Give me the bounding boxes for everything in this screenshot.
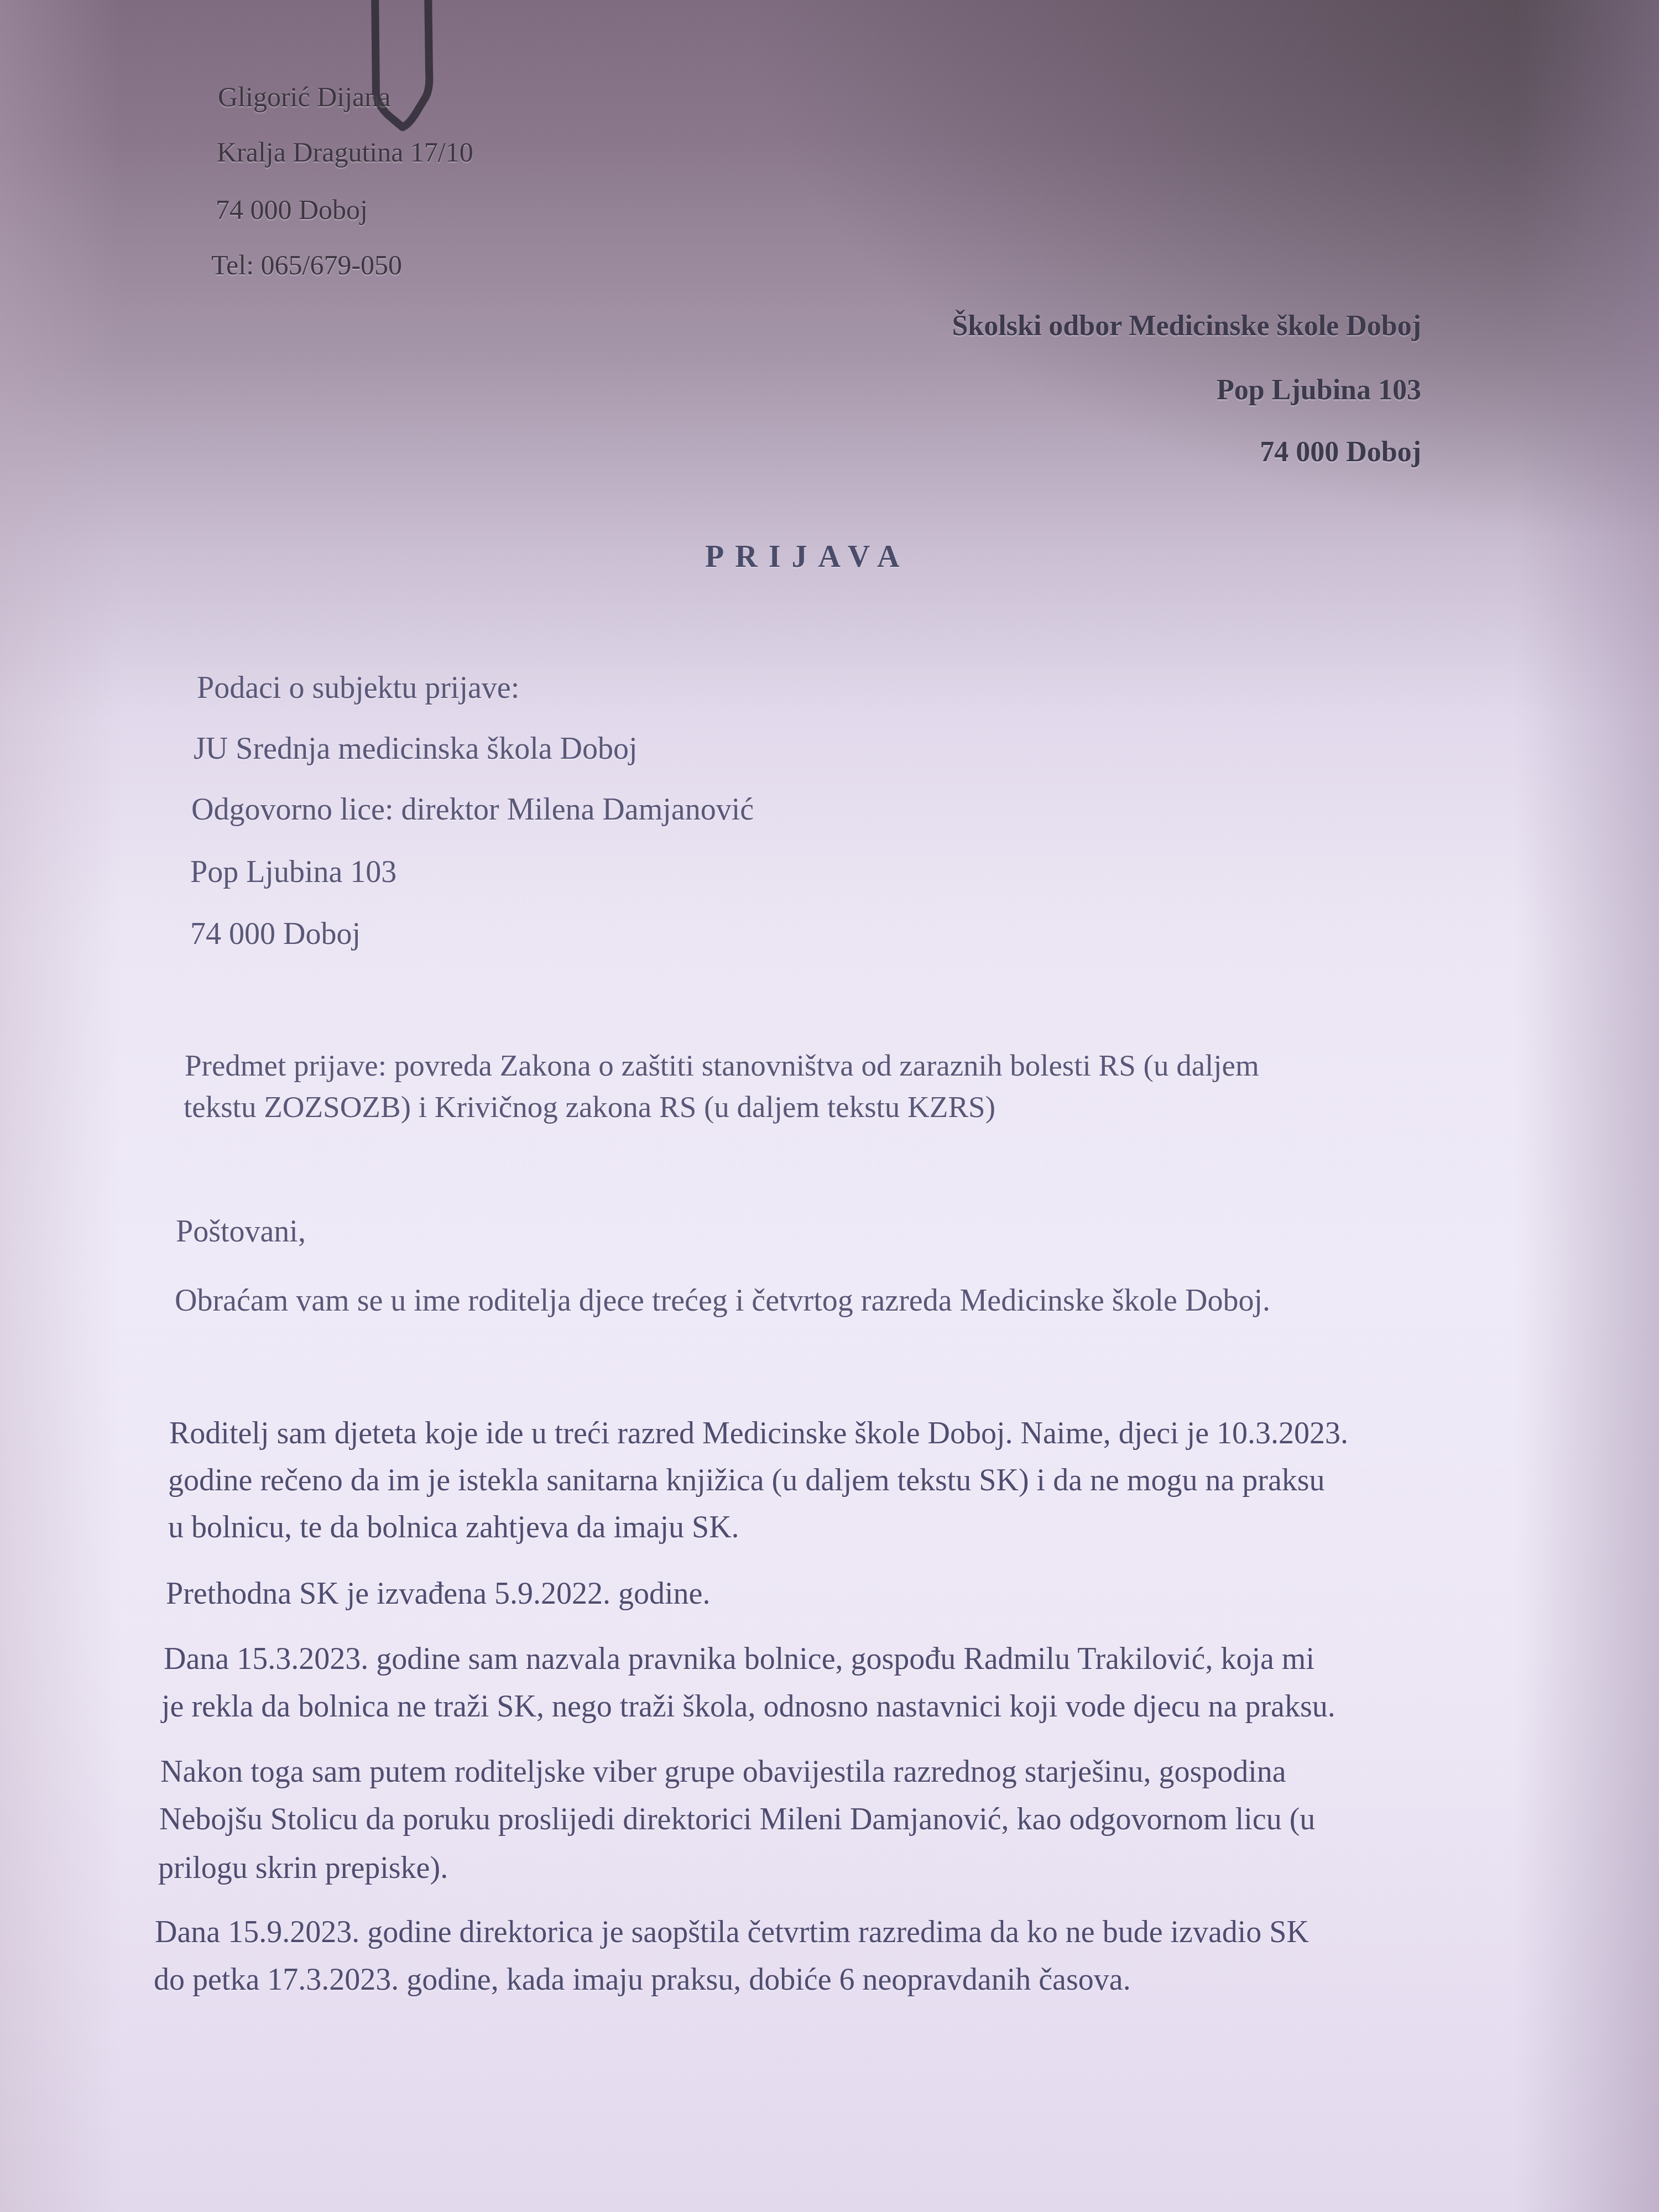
subject-details-label: Podaci o subjektu prijave: (197, 670, 519, 706)
sender-phone: Tel: 065/679-050 (211, 249, 402, 281)
intro-sentence: Obraćam vam se u ime roditelja djece tre… (175, 1283, 1270, 1318)
subject-city: 74 000 Doboj (190, 916, 361, 952)
sender-street: Kralja Dragutina 17/10 (217, 136, 473, 168)
paragraph-line: Prethodna SK je izvađena 5.9.2022. godin… (166, 1576, 710, 1611)
subject-responsible-person: Odgovorno lice: direktor Milena Damjanov… (191, 792, 754, 827)
subject-line-2: tekstu ZOZSOZB) i Krivičnog zakona RS (u… (184, 1089, 995, 1124)
sender-city: 74 000 Doboj (216, 194, 368, 226)
recipient-street: Pop Ljubina 103 (1217, 374, 1421, 406)
greeting: Poštovani, (176, 1214, 306, 1249)
paragraph-line: je rekla da bolnica ne traži SK, nego tr… (161, 1689, 1335, 1724)
recipient-name: Školski odbor Medicinske škole Doboj (952, 310, 1421, 342)
subject-line-1: Predmet prijave: povreda Zakona o zaštit… (185, 1048, 1259, 1083)
sender-name: Gligorić Dijana (218, 81, 390, 113)
paragraph-line: do petka 17.3.2023. godine, kada imaju p… (154, 1962, 1131, 1997)
subject-institution: JU Srednja medicinska škola Doboj (194, 731, 638, 766)
paragraph-line: prilogu skrin prepiske). (158, 1850, 448, 1886)
subject-street: Pop Ljubina 103 (190, 854, 397, 890)
paragraph-line: Dana 15.3.2023. godine sam nazvala pravn… (164, 1641, 1314, 1677)
recipient-city: 74 000 Doboj (1260, 436, 1421, 468)
paper-clip-shadow-icon (359, 0, 437, 133)
document-title: PRIJAVA (705, 539, 910, 575)
paragraph-line: Roditelj sam djeteta koje ide u treći ra… (169, 1416, 1348, 1451)
paragraph-line: Nebojšu Stolicu da poruku proslijedi dir… (159, 1802, 1315, 1837)
paragraph-line: Dana 15.9.2023. godine direktorica je sa… (155, 1914, 1309, 1950)
paragraph-line: u bolnicu, te da bolnica zahtjeva da ima… (168, 1510, 739, 1545)
paragraph-line: godine rečeno da im je istekla sanitarna… (168, 1463, 1325, 1498)
paragraph-line: Nakon toga sam putem roditeljske viber g… (160, 1754, 1286, 1790)
